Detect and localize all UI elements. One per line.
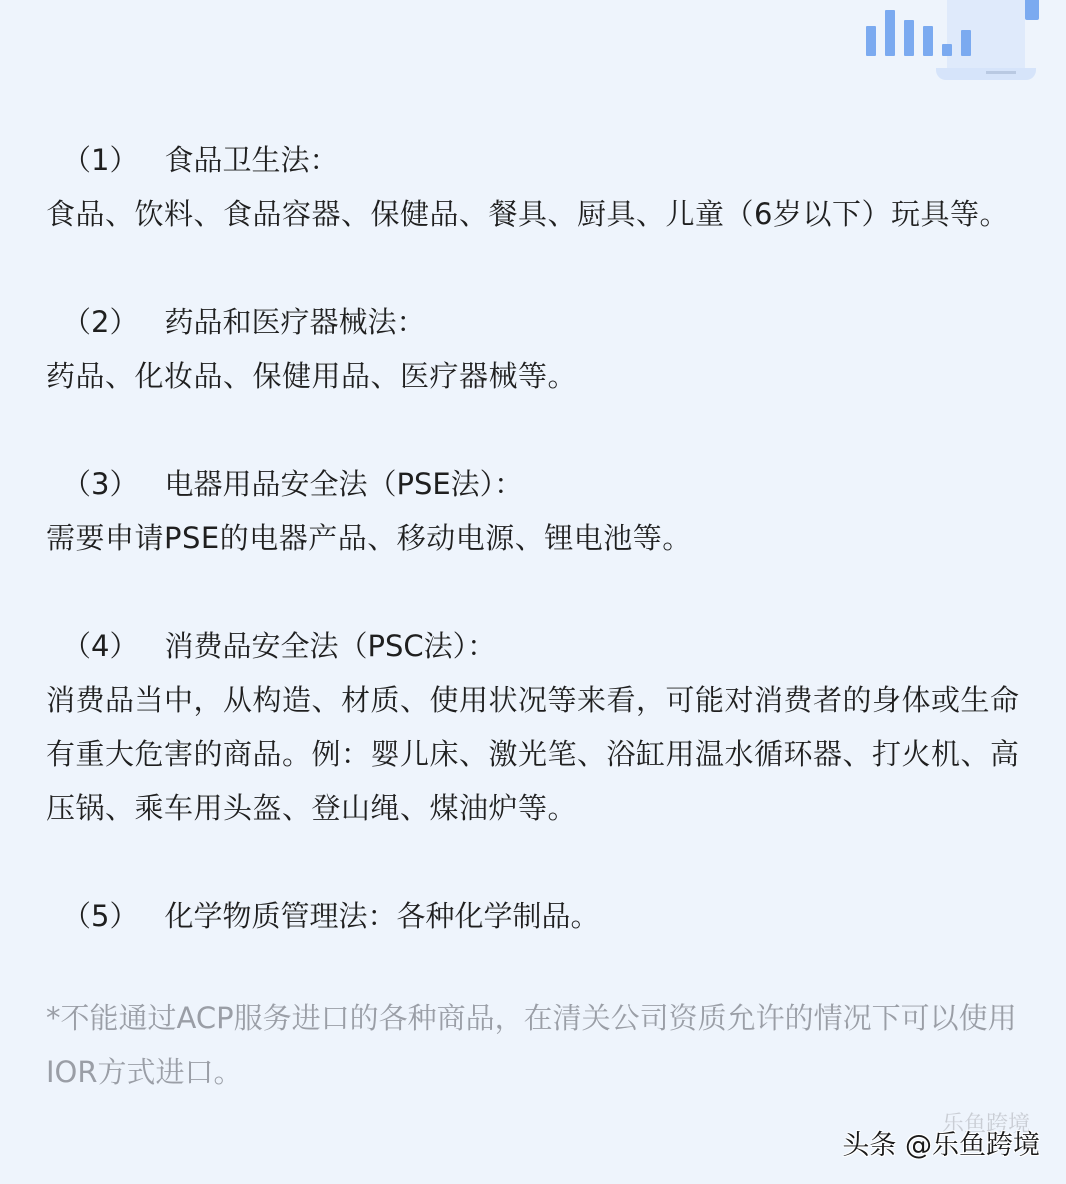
section-title: 化学物质管理法：各种化学制品。: [164, 899, 599, 933]
section-psc-law: （4）消费品安全法（PSC法）： 消费品当中，从构造、材质、使用状况等来看，可能…: [46, 619, 1026, 835]
bar-chart-decoration: [860, 0, 1060, 80]
section-heading: （2）药品和医疗器械法：: [46, 295, 1026, 349]
section-body: 消费品当中，从构造、材质、使用状况等来看，可能对消费者的身体或生命有重大危害的商…: [46, 673, 1026, 835]
bar-chart-icon-bar-5: [942, 44, 952, 56]
section-title: 食品卫生法：: [164, 143, 338, 177]
section-body: 药品、化妆品、保健用品、医疗器械等。: [46, 349, 1026, 403]
bar-chart-icon-bar-6: [961, 30, 971, 56]
document-panel-shape: [947, 0, 1025, 76]
section-pse-law: （3）电器用品安全法（PSE法）： 需要申请PSE的电器产品、移动电源、锂电池等…: [46, 457, 1026, 565]
section-number: （4）: [62, 629, 138, 663]
section-number: （2）: [62, 305, 138, 339]
document-panel-base: [936, 68, 1036, 80]
section-heading: （3）电器用品安全法（PSE法）：: [46, 457, 1026, 511]
document-caption-line: [986, 71, 1016, 74]
bar-chart-icon-bar-2: [885, 10, 895, 56]
section-title: 电器用品安全法（PSE法）：: [164, 467, 523, 501]
article-content: （1）食品卫生法： 食品、饮料、食品容器、保健品、餐具、厨具、儿童（6岁以下）玩…: [46, 133, 1026, 1099]
watermark: 头条 @乐鱼跨境: [842, 1123, 1040, 1162]
section-chemical-substances-law: （5）化学物质管理法：各种化学制品。: [46, 889, 1026, 943]
section-body: 需要申请PSE的电器产品、移动电源、锂电池等。: [46, 511, 1026, 565]
bar-chart-icon-top-bar: [1025, 0, 1039, 20]
section-heading: （1）食品卫生法：: [46, 133, 1026, 187]
section-number: （1）: [62, 143, 138, 177]
section-title: 消费品安全法（PSC法）：: [164, 629, 496, 663]
section-heading: （4）消费品安全法（PSC法）：: [46, 619, 1026, 673]
section-pharmaceutical-medical-device-law: （2）药品和医疗器械法： 药品、化妆品、保健用品、医疗器械等。: [46, 295, 1026, 403]
bar-chart-icon-bar-3: [904, 20, 914, 56]
bar-chart-icon-bar-1: [866, 26, 876, 56]
footnote: *不能通过ACP服务进口的各种商品，在清关公司资质允许的情况下可以使用IOR方式…: [46, 991, 1026, 1099]
bar-chart-icon-bar-4: [923, 26, 933, 56]
section-food-sanitation-law: （1）食品卫生法： 食品、饮料、食品容器、保健品、餐具、厨具、儿童（6岁以下）玩…: [46, 133, 1026, 241]
section-body: 食品、饮料、食品容器、保健品、餐具、厨具、儿童（6岁以下）玩具等。: [46, 187, 1026, 241]
section-number: （3）: [62, 467, 138, 501]
section-heading: （5）化学物质管理法：各种化学制品。: [46, 889, 1026, 943]
section-title: 药品和医疗器械法：: [164, 305, 425, 339]
section-number: （5）: [62, 899, 138, 933]
